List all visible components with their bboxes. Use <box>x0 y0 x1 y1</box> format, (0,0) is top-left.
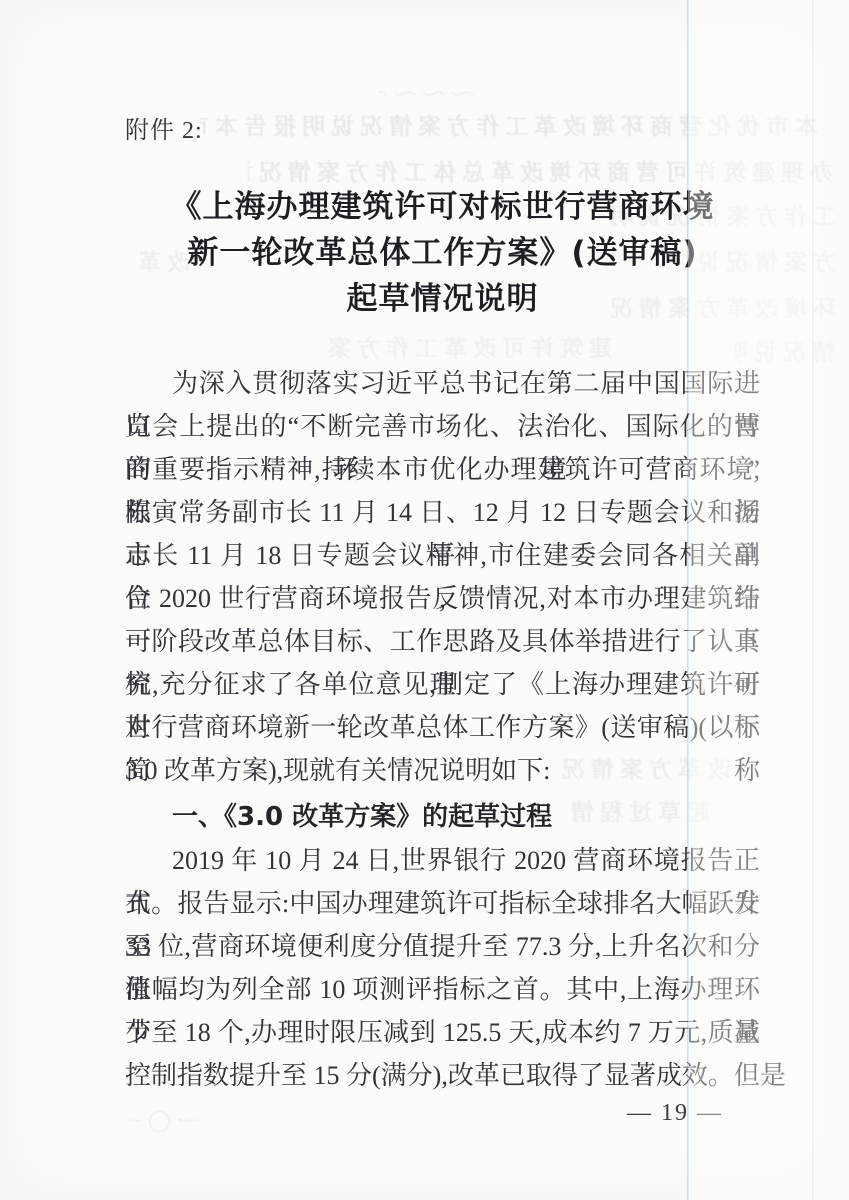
body-line: 一阶段改革总体目标、工作思路及具体举措进行了认真梳理研 <box>125 620 760 663</box>
body-line: 世行营商环境新一轮改革总体工作方案》(送审稿)(以下简称 <box>125 706 760 749</box>
fold-line <box>812 0 814 1200</box>
body-line: 少至 18 个,办理时限压减到 125.5 天,成本约 7 万元,质量 <box>125 1011 760 1054</box>
document-body: 为深入贯彻落实习近平总书记在第二届中国国际进口博览会上提出的“不断完善市场化、法… <box>125 362 760 1097</box>
body-line: 览会上提出的“不断完善市场化、法治化、国际化的营商环境” <box>125 405 760 448</box>
title-line-3: 起草情况说明 <box>125 276 760 322</box>
bleed-through-text: 建筑许可改革工作方案 <box>282 336 612 362</box>
bleed-through-text: ～～～～ <box>378 82 474 108</box>
body-line: 合 2020 世行营商环境报告反馈情况,对本市办理建筑许可下 <box>125 577 760 620</box>
body-line: 的重要指示精神,持续本市优化办理建筑许可营商环境,根据 <box>125 448 760 491</box>
body-line: 布。报告显示:中国办理建筑许可指标全球排名大幅跃升至 <box>125 882 760 925</box>
page-number: — 19 — <box>600 1100 750 1127</box>
section-heading: 一、《3.0 改革方案》的起草过程 <box>125 796 760 839</box>
bleed-through-text: 办理建筑许可营商环境改革总体工作方案情况说明 <box>248 160 833 186</box>
body-line: 市长 11 月 18 日专题会议精神,市住建委会同各相关单位,结 <box>125 534 760 577</box>
attachment-label: 附件 2: <box>125 110 203 145</box>
body-line: 究,充分征求了各单位意见,制定了《上海办理建筑许可对标 <box>125 663 760 706</box>
bleed-through-text: 一〇一 <box>128 1110 200 1136</box>
document-title: 《上海办理建筑许可对标世行营商环境 新一轮改革总体工作方案》(送审稿) 起草情况… <box>125 184 760 322</box>
title-line-2: 新一轮改革总体工作方案》(送审稿) <box>125 230 760 276</box>
body-line: 涨幅均为列全部 10 项测评指标之首。其中,上海办理环节减 <box>125 968 760 1011</box>
body-line: 33 位,营商环境便利度分值提升至 77.3 分,上升名次和分值 <box>125 925 760 968</box>
body-line: 陈寅常务副市长 11 月 14 日、12 月 12 日专题会议和汤志平副 <box>125 491 760 534</box>
body-line: 为深入贯彻落实习近平总书记在第二届中国国际进口博 <box>125 362 760 405</box>
title-line-1: 《上海办理建筑许可对标世行营商环境 <box>125 184 760 230</box>
scanned-document-page: ～～～～本市优化营商环境改革工作方案情况说明报告本市办理办理建筑许可营商环境改革… <box>0 0 849 1200</box>
body-line: 控制指数提升至 15 分(满分),改革已取得了显著成效。但是 <box>125 1054 760 1097</box>
body-line: 2019 年 10 月 24 日,世界银行 2020 营商环境报告正式发 <box>125 839 760 882</box>
bleed-through-text: 本市优化营商环境改革工作方案情况说明报告本市办理 <box>200 114 818 140</box>
